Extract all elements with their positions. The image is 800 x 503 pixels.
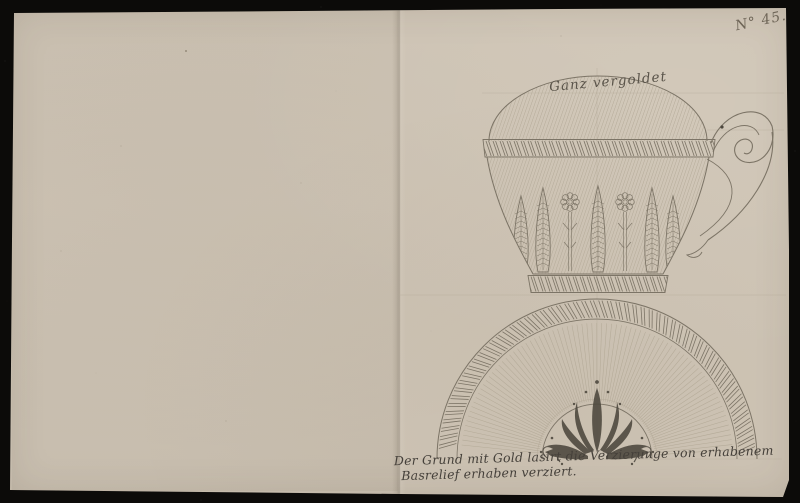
cup-rim-band: [479, 141, 718, 156]
sketchbook-double-page: N° 45. Ganz vergoldet Der Grund mit Gold…: [0, 0, 800, 503]
pencil-drawing-layer: [0, 0, 800, 503]
cup-handle: [687, 112, 773, 258]
cup-base-band-outline: [528, 276, 668, 293]
saucer-drawing: [437, 299, 757, 465]
cup-drawing: [400, 55, 800, 305]
cup-base-band: [524, 277, 672, 292]
scan-background: N° 45. Ganz vergoldet Der Grund mit Gold…: [0, 0, 800, 503]
scanner-noise: [0, 0, 2, 2]
